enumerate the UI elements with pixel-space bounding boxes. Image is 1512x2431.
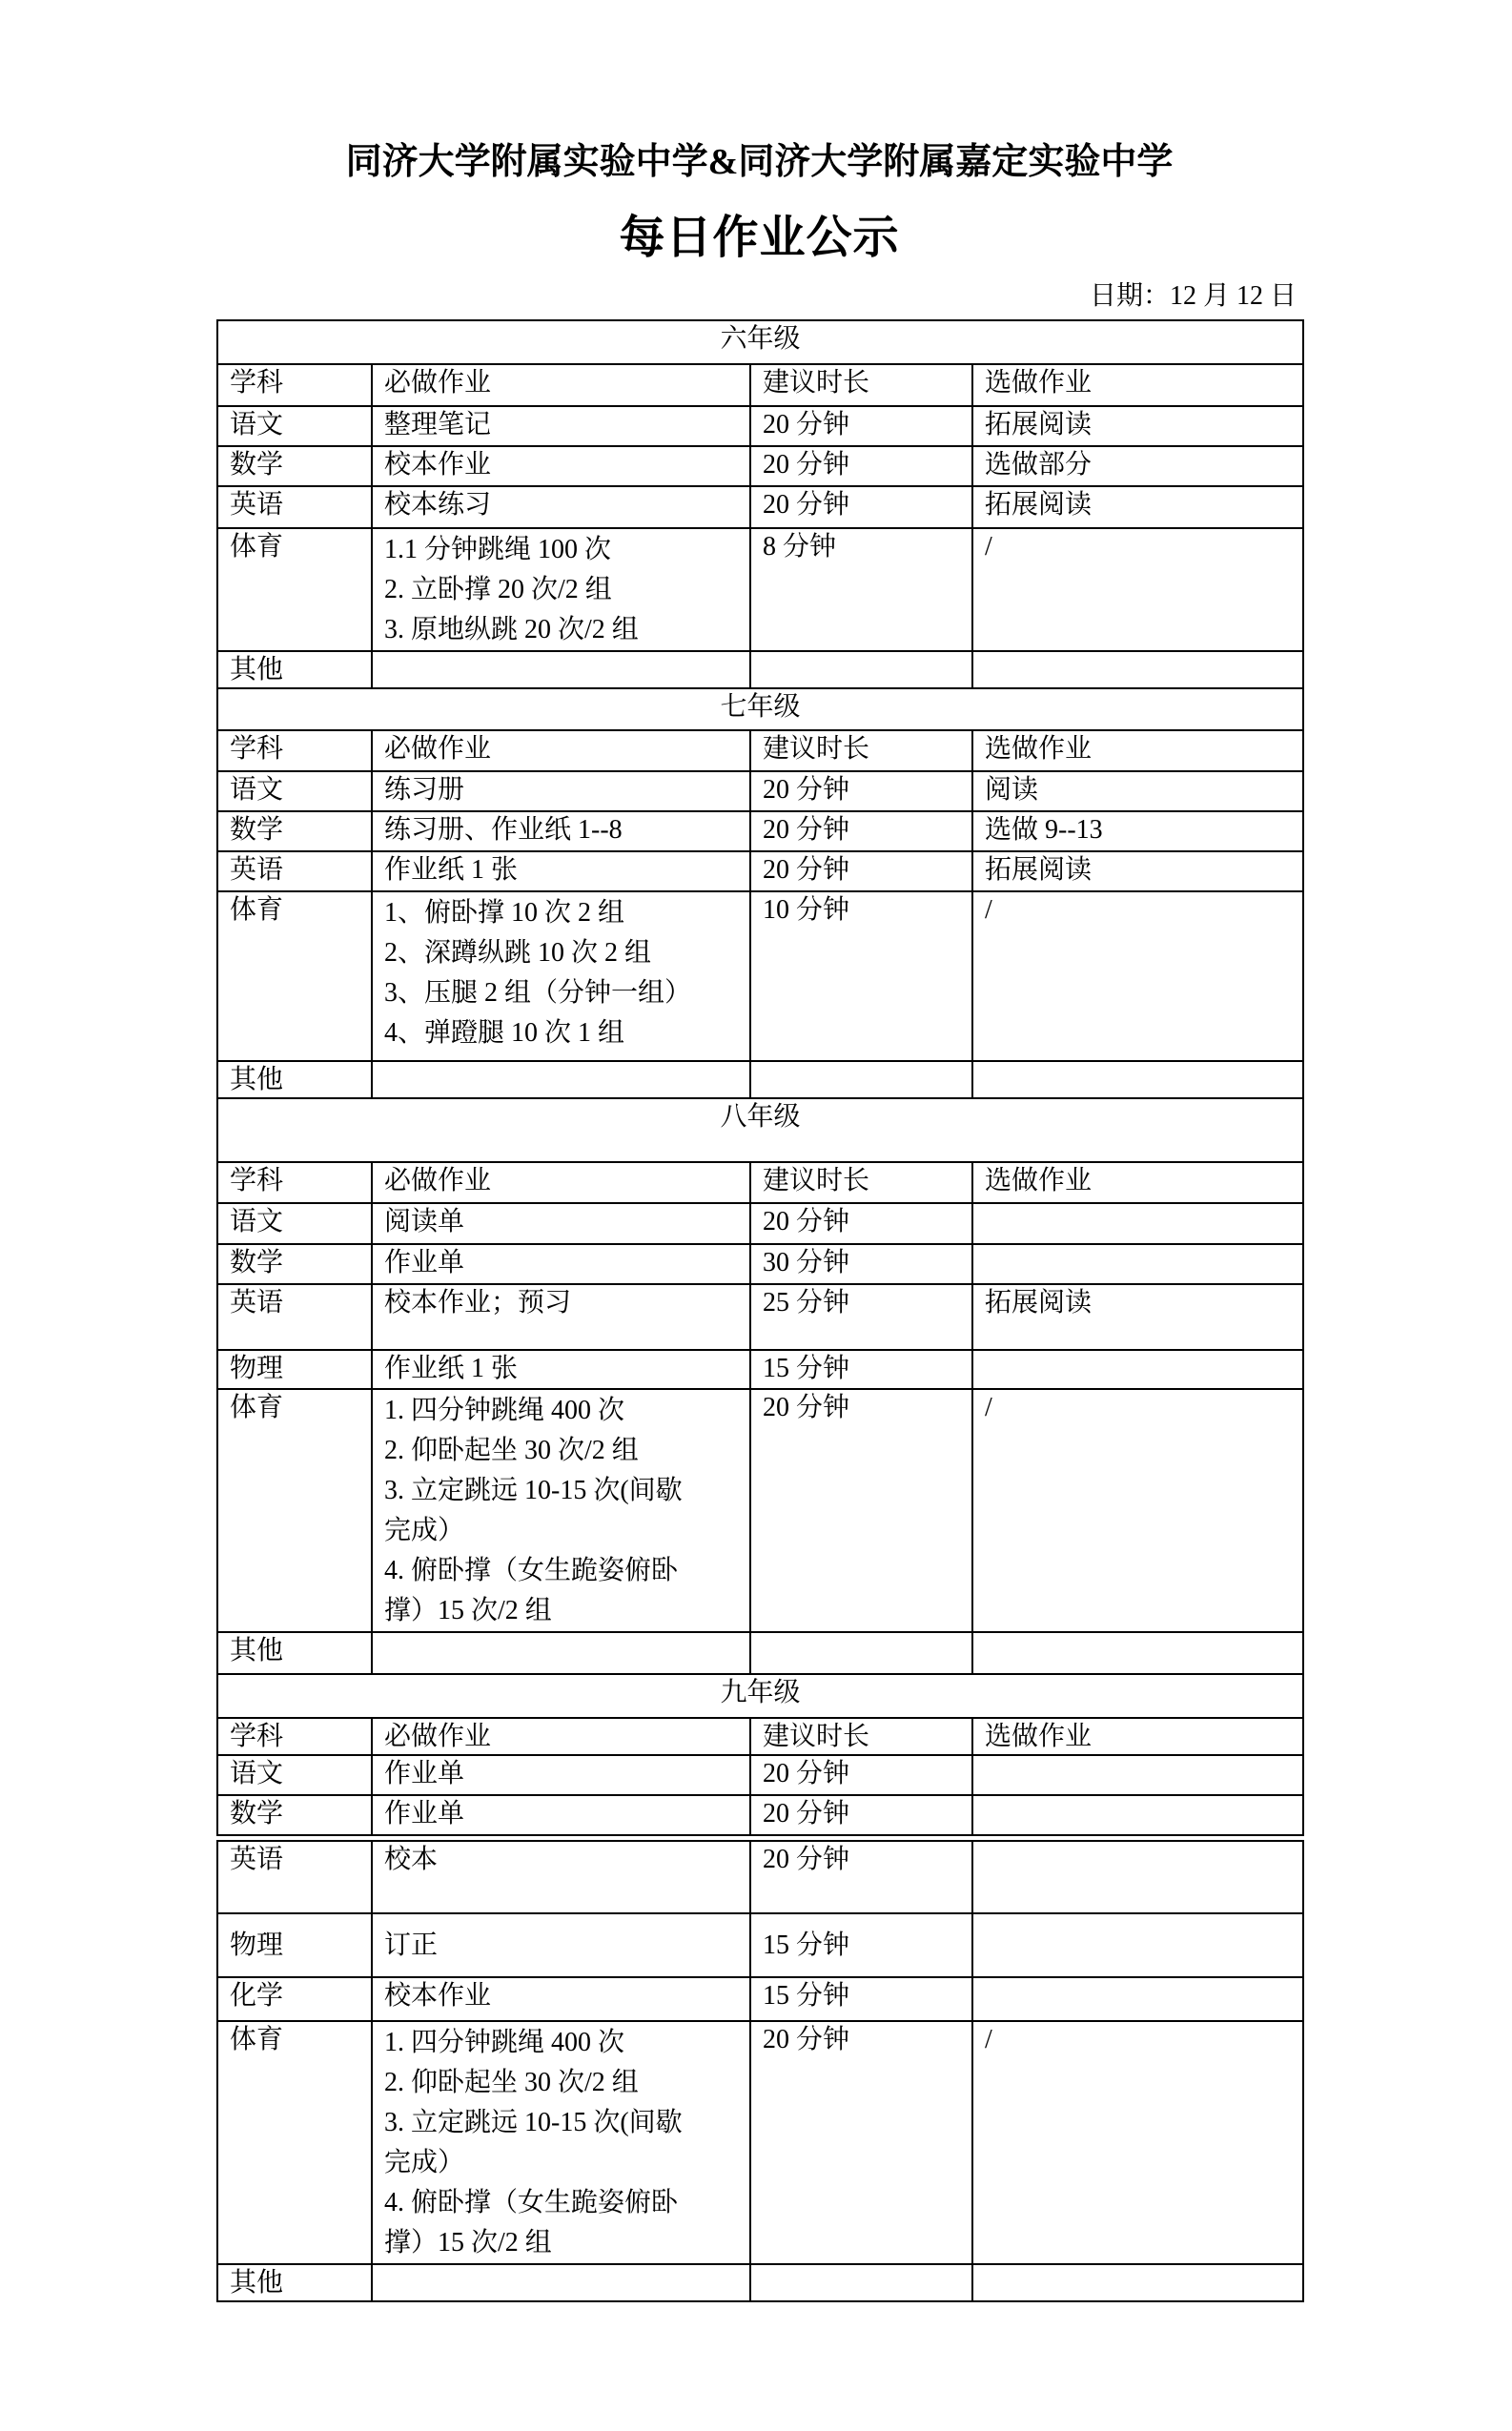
table-row: 数学作业单30 分钟 xyxy=(217,1244,1303,1284)
subject-cell: 英语 xyxy=(217,1284,372,1350)
column-header: 建议时长 xyxy=(750,1718,972,1755)
required-cell: 作业单 xyxy=(372,1755,750,1795)
subject-cell: 其他 xyxy=(217,1632,372,1674)
table-row: 英语校本20 分钟 xyxy=(217,1841,1303,1913)
required-line: 校本 xyxy=(384,1843,738,1877)
table-row: 其他 xyxy=(217,1632,1303,1674)
duration-cell: 20 分钟 xyxy=(750,2021,972,2264)
required-line: 撑）15 次/2 组 xyxy=(384,2223,738,2263)
duration-cell: 20 分钟 xyxy=(750,1795,972,1835)
column-header: 必做作业 xyxy=(372,364,750,406)
column-header: 学科 xyxy=(217,1718,372,1755)
table-row: 物理作业纸 1 张15 分钟 xyxy=(217,1350,1303,1389)
required-line: 2. 仰卧起坐 30 次/2 组 xyxy=(384,2063,738,2103)
optional-cell: 选做 9--13 xyxy=(972,811,1303,851)
grade-section-label: 九年级 xyxy=(217,1674,1303,1718)
required-line: 作业单 xyxy=(384,1246,738,1280)
required-line: 校本练习 xyxy=(384,488,738,522)
table-row: 其他 xyxy=(217,2264,1303,2301)
subject-cell: 数学 xyxy=(217,1244,372,1284)
table-row: 语文阅读单20 分钟 xyxy=(217,1203,1303,1244)
duration-cell: 20 分钟 xyxy=(750,851,972,891)
column-header-row: 学科必做作业建议时长选做作业 xyxy=(217,1162,1303,1203)
homework-tables: 六年级学科必做作业建议时长选做作业语文整理笔记20 分钟拓展阅读数学校本作业20… xyxy=(216,319,1302,2302)
column-header: 学科 xyxy=(217,730,372,771)
required-cell: 1.1 分钟跳绳 100 次2. 立卧撑 20 次/2 组3. 原地纵跳 20 … xyxy=(372,528,750,651)
required-cell: 校本 xyxy=(372,1841,750,1913)
duration-cell xyxy=(750,1632,972,1674)
required-line: 4. 俯卧撑（女生跪姿俯卧 xyxy=(384,2183,738,2223)
date-line: 日期：12 月 12 日 xyxy=(216,282,1297,311)
optional-cell xyxy=(972,1244,1303,1284)
optional-cell xyxy=(972,1795,1303,1835)
optional-cell: 拓展阅读 xyxy=(972,851,1303,891)
required-line: 3. 立定跳远 10-15 次(间歇 xyxy=(384,1471,738,1511)
optional-cell xyxy=(972,1841,1303,1913)
required-line: 撑）15 次/2 组 xyxy=(384,1591,738,1631)
duration-cell: 20 分钟 xyxy=(750,1841,972,1913)
optional-cell xyxy=(972,2264,1303,2301)
grade-section-label: 六年级 xyxy=(217,320,1303,364)
homework-table: 六年级学科必做作业建议时长选做作业语文整理笔记20 分钟拓展阅读数学校本作业20… xyxy=(216,319,1304,1836)
required-line: 1. 四分钟跳绳 400 次 xyxy=(384,2023,738,2063)
duration-cell xyxy=(750,651,972,688)
optional-cell xyxy=(972,1632,1303,1674)
optional-cell xyxy=(972,1977,1303,2021)
required-line: 校本作业；预习 xyxy=(384,1286,738,1320)
table-row: 化学校本作业15 分钟 xyxy=(217,1977,1303,2021)
required-line: 阅读单 xyxy=(384,1205,738,1239)
required-cell: 整理笔记 xyxy=(372,406,750,446)
subject-cell: 其他 xyxy=(217,1061,372,1098)
required-cell: 校本作业；预习 xyxy=(372,1284,750,1350)
required-cell: 校本作业 xyxy=(372,1977,750,2021)
required-line: 1、俯卧撑 10 次 2 组 xyxy=(384,893,738,933)
page-title: 每日作业公示 xyxy=(216,214,1302,263)
required-line: 练习册 xyxy=(384,773,738,807)
duration-cell: 15 分钟 xyxy=(750,1977,972,2021)
table-row: 体育1. 四分钟跳绳 400 次2. 仰卧起坐 30 次/2 组3. 立定跳远 … xyxy=(217,1389,1303,1632)
subject-cell: 数学 xyxy=(217,811,372,851)
table-row: 英语作业纸 1 张20 分钟拓展阅读 xyxy=(217,851,1303,891)
duration-cell: 20 分钟 xyxy=(750,406,972,446)
subject-cell: 其他 xyxy=(217,2264,372,2301)
subject-cell: 体育 xyxy=(217,891,372,1061)
duration-cell: 20 分钟 xyxy=(750,1755,972,1795)
required-cell: 阅读单 xyxy=(372,1203,750,1244)
optional-cell xyxy=(972,651,1303,688)
required-line: 练习册、作业纸 1--8 xyxy=(384,813,738,848)
required-line: 作业单 xyxy=(384,1757,738,1791)
duration-cell xyxy=(750,2264,972,2301)
subject-cell: 其他 xyxy=(217,651,372,688)
document-page: 同济大学附属实验中学&同济大学附属嘉定实验中学 每日作业公示 日期：12 月 1… xyxy=(0,0,1512,2431)
required-cell xyxy=(372,2264,750,2301)
required-line: 3. 原地纵跳 20 次/2 组 xyxy=(384,610,738,650)
required-line: 4. 俯卧撑（女生跪姿俯卧 xyxy=(384,1551,738,1591)
required-cell: 订正 xyxy=(372,1913,750,1977)
table-row: 体育1、俯卧撑 10 次 2 组2、深蹲纵跳 10 次 2 组3、压腿 2 组（… xyxy=(217,891,1303,1061)
duration-cell: 20 分钟 xyxy=(750,486,972,528)
table-row: 体育1.1 分钟跳绳 100 次2. 立卧撑 20 次/2 组3. 原地纵跳 2… xyxy=(217,528,1303,651)
table-row: 英语校本练习20 分钟拓展阅读 xyxy=(217,486,1303,528)
subject-cell: 物理 xyxy=(217,1913,372,1977)
required-line: 2. 立卧撑 20 次/2 组 xyxy=(384,570,738,610)
subject-cell: 英语 xyxy=(217,1841,372,1913)
subject-cell: 物理 xyxy=(217,1350,372,1389)
grade-section-row: 九年级 xyxy=(217,1674,1303,1718)
required-line: 完成） xyxy=(384,1511,738,1551)
duration-cell: 30 分钟 xyxy=(750,1244,972,1284)
grade-section-row: 八年级 xyxy=(217,1098,1303,1162)
optional-cell xyxy=(972,1061,1303,1098)
optional-cell: / xyxy=(972,2021,1303,2264)
required-cell xyxy=(372,1061,750,1098)
required-line: 作业纸 1 张 xyxy=(384,853,738,888)
required-cell: 校本作业 xyxy=(372,446,750,486)
required-line: 2. 仰卧起坐 30 次/2 组 xyxy=(384,1431,738,1471)
column-header-row: 学科必做作业建议时长选做作业 xyxy=(217,730,1303,771)
optional-cell: / xyxy=(972,528,1303,651)
required-cell: 作业纸 1 张 xyxy=(372,851,750,891)
column-header: 选做作业 xyxy=(972,364,1303,406)
duration-cell xyxy=(750,1061,972,1098)
duration-cell: 8 分钟 xyxy=(750,528,972,651)
column-header: 必做作业 xyxy=(372,730,750,771)
subject-cell: 化学 xyxy=(217,1977,372,2021)
required-line: 作业纸 1 张 xyxy=(384,1352,738,1386)
duration-cell: 20 分钟 xyxy=(750,446,972,486)
table-row: 其他 xyxy=(217,1061,1303,1098)
school-title: 同济大学附属实验中学&同济大学附属嘉定实验中学 xyxy=(216,0,1302,181)
table-row: 语文练习册20 分钟阅读 xyxy=(217,771,1303,811)
subject-cell: 体育 xyxy=(217,2021,372,2264)
grade-section-row: 七年级 xyxy=(217,688,1303,730)
column-header: 选做作业 xyxy=(972,1718,1303,1755)
subject-cell: 体育 xyxy=(217,1389,372,1632)
table-row: 数学练习册、作业纸 1--820 分钟选做 9--13 xyxy=(217,811,1303,851)
optional-cell: 选做部分 xyxy=(972,446,1303,486)
subject-cell: 体育 xyxy=(217,528,372,651)
duration-cell: 15 分钟 xyxy=(750,1913,972,1977)
table-row: 物理订正15 分钟 xyxy=(217,1913,1303,1977)
required-cell xyxy=(372,1632,750,1674)
optional-cell: 拓展阅读 xyxy=(972,486,1303,528)
subject-cell: 数学 xyxy=(217,1795,372,1835)
required-line: 整理笔记 xyxy=(384,408,738,442)
table-row: 数学校本作业20 分钟选做部分 xyxy=(217,446,1303,486)
optional-cell xyxy=(972,1350,1303,1389)
table-row: 数学作业单20 分钟 xyxy=(217,1795,1303,1835)
optional-cell xyxy=(972,1755,1303,1795)
subject-cell: 语文 xyxy=(217,1203,372,1244)
grade-section-label: 七年级 xyxy=(217,688,1303,730)
required-cell: 1. 四分钟跳绳 400 次2. 仰卧起坐 30 次/2 组3. 立定跳远 10… xyxy=(372,2021,750,2264)
required-cell: 1、俯卧撑 10 次 2 组2、深蹲纵跳 10 次 2 组3、压腿 2 组（分钟… xyxy=(372,891,750,1061)
column-header: 选做作业 xyxy=(972,1162,1303,1203)
duration-cell: 25 分钟 xyxy=(750,1284,972,1350)
required-line: 作业单 xyxy=(384,1797,738,1831)
column-header: 学科 xyxy=(217,1162,372,1203)
column-header: 建议时长 xyxy=(750,364,972,406)
required-line: 1.1 分钟跳绳 100 次 xyxy=(384,530,738,570)
duration-cell: 20 分钟 xyxy=(750,811,972,851)
subject-cell: 语文 xyxy=(217,771,372,811)
optional-cell: / xyxy=(972,891,1303,1061)
column-header: 必做作业 xyxy=(372,1162,750,1203)
subject-cell: 语文 xyxy=(217,1755,372,1795)
required-cell: 校本练习 xyxy=(372,486,750,528)
required-cell: 作业纸 1 张 xyxy=(372,1350,750,1389)
subject-cell: 数学 xyxy=(217,446,372,486)
optional-cell xyxy=(972,1203,1303,1244)
subject-cell: 语文 xyxy=(217,406,372,446)
column-header-row: 学科必做作业建议时长选做作业 xyxy=(217,364,1303,406)
duration-cell: 20 分钟 xyxy=(750,1203,972,1244)
table-row: 语文作业单20 分钟 xyxy=(217,1755,1303,1795)
required-cell: 作业单 xyxy=(372,1795,750,1835)
column-header: 建议时长 xyxy=(750,1162,972,1203)
required-line: 校本作业 xyxy=(384,1979,738,2013)
table-row: 语文整理笔记20 分钟拓展阅读 xyxy=(217,406,1303,446)
optional-cell xyxy=(972,1913,1303,1977)
subject-cell: 英语 xyxy=(217,851,372,891)
grade-section-row: 六年级 xyxy=(217,320,1303,364)
table-row: 体育1. 四分钟跳绳 400 次2. 仰卧起坐 30 次/2 组3. 立定跳远 … xyxy=(217,2021,1303,2264)
required-cell: 练习册 xyxy=(372,771,750,811)
required-line: 4、弹蹬腿 10 次 1 组 xyxy=(384,1013,738,1053)
column-header: 选做作业 xyxy=(972,730,1303,771)
optional-cell: 阅读 xyxy=(972,771,1303,811)
required-line: 2、深蹲纵跳 10 次 2 组 xyxy=(384,933,738,973)
column-header-row: 学科必做作业建议时长选做作业 xyxy=(217,1718,1303,1755)
duration-cell: 20 分钟 xyxy=(750,771,972,811)
duration-cell: 20 分钟 xyxy=(750,1389,972,1632)
grade-section-label: 八年级 xyxy=(217,1098,1303,1162)
column-header: 必做作业 xyxy=(372,1718,750,1755)
required-line: 3、压腿 2 组（分钟一组） xyxy=(384,973,738,1013)
required-line: 订正 xyxy=(384,1929,738,1963)
duration-cell: 15 分钟 xyxy=(750,1350,972,1389)
required-line: 完成） xyxy=(384,2143,738,2183)
homework-table: 英语校本20 分钟物理订正15 分钟化学校本作业15 分钟体育1. 四分钟跳绳 … xyxy=(216,1840,1304,2302)
required-cell xyxy=(372,651,750,688)
duration-cell: 10 分钟 xyxy=(750,891,972,1061)
optional-cell: 拓展阅读 xyxy=(972,1284,1303,1350)
required-line: 校本作业 xyxy=(384,448,738,482)
table-row: 英语校本作业；预习25 分钟拓展阅读 xyxy=(217,1284,1303,1350)
required-line: 1. 四分钟跳绳 400 次 xyxy=(384,1391,738,1431)
required-cell: 练习册、作业纸 1--8 xyxy=(372,811,750,851)
required-cell: 作业单 xyxy=(372,1244,750,1284)
subject-cell: 英语 xyxy=(217,486,372,528)
required-cell: 1. 四分钟跳绳 400 次2. 仰卧起坐 30 次/2 组3. 立定跳远 10… xyxy=(372,1389,750,1632)
document-content: 同济大学附属实验中学&同济大学附属嘉定实验中学 每日作业公示 日期：12 月 1… xyxy=(216,0,1302,2302)
optional-cell: 拓展阅读 xyxy=(972,406,1303,446)
column-header: 建议时长 xyxy=(750,730,972,771)
optional-cell: / xyxy=(972,1389,1303,1632)
column-header: 学科 xyxy=(217,364,372,406)
required-line: 3. 立定跳远 10-15 次(间歇 xyxy=(384,2103,738,2143)
table-row: 其他 xyxy=(217,651,1303,688)
